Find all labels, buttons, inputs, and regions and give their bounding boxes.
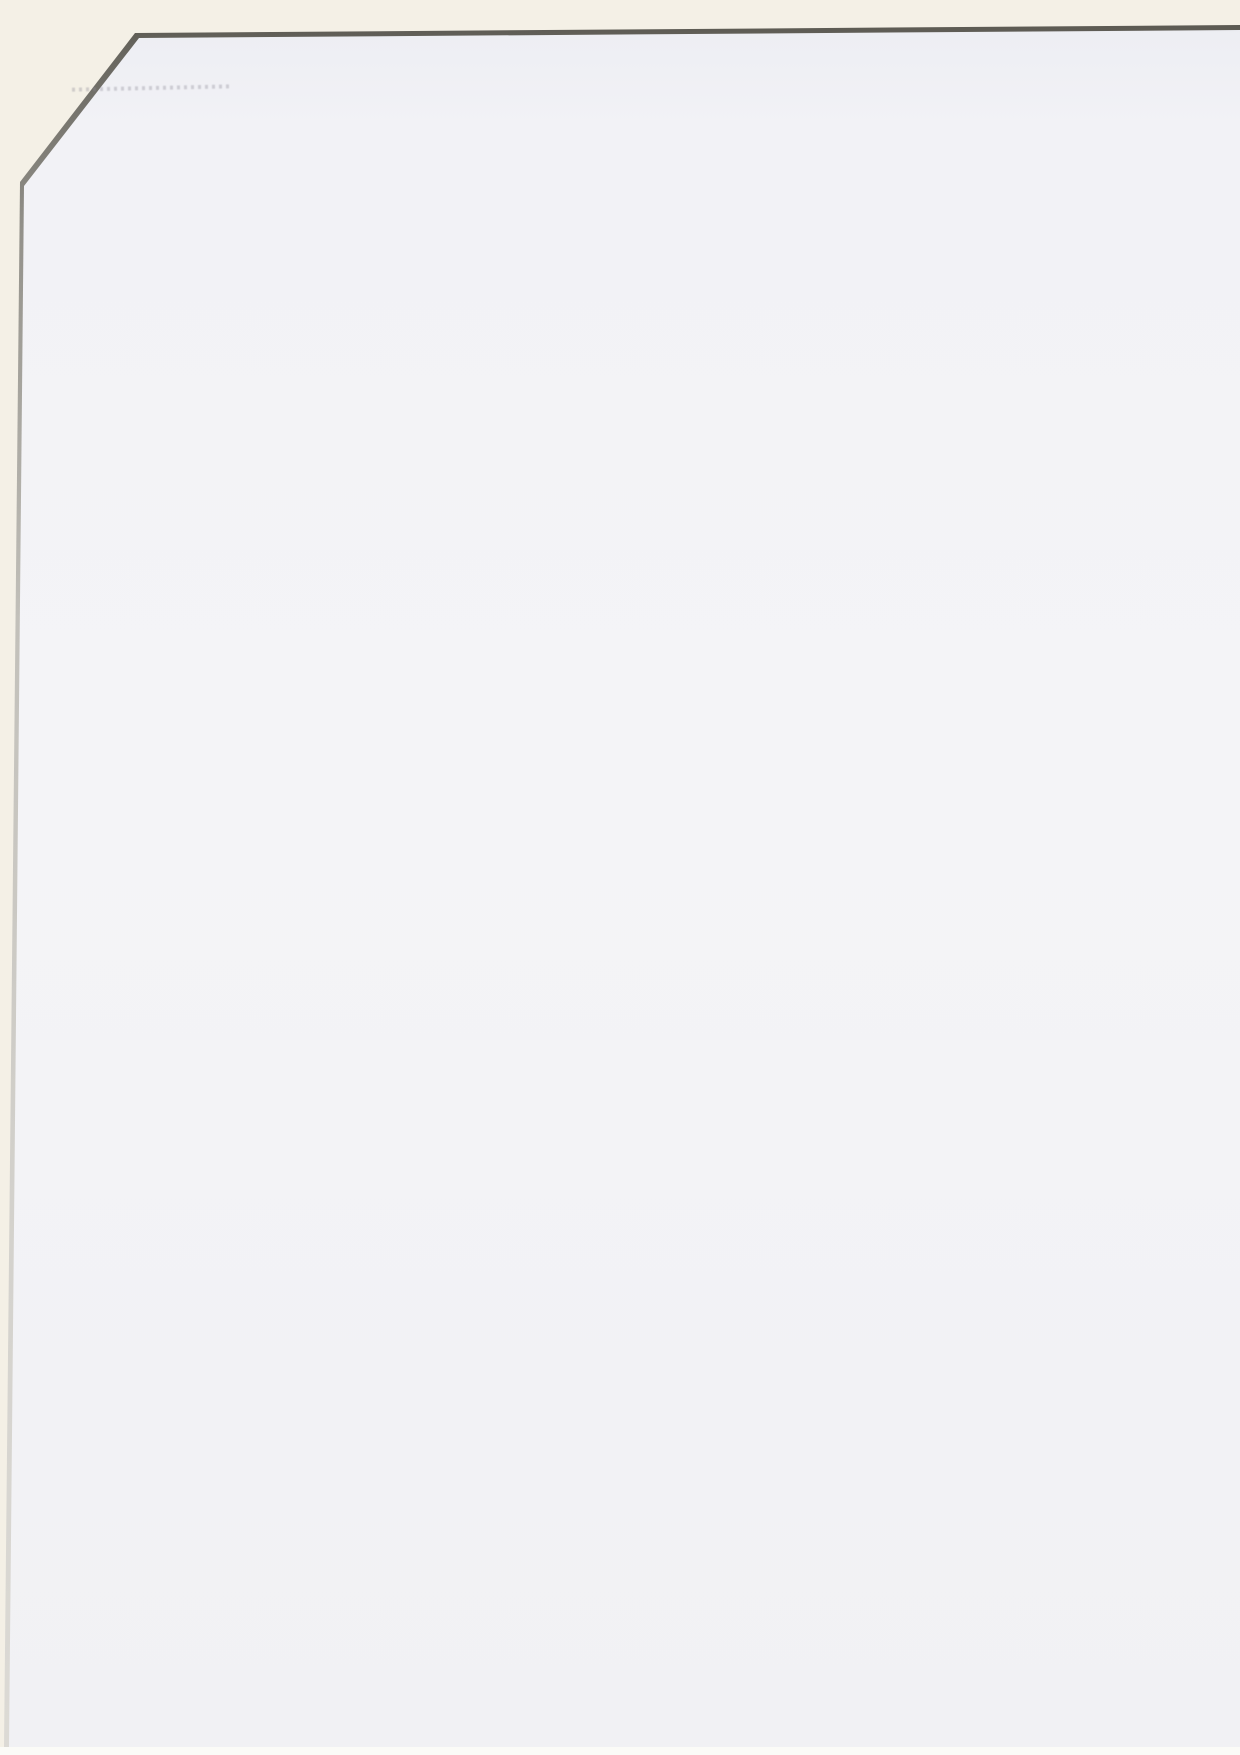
scanned-document-screenshot bbox=[0, 0, 1240, 1755]
page bbox=[0, 0, 1240, 1755]
document-text bbox=[197, 195, 1182, 230]
scanner-background-band bbox=[0, 1747, 1240, 1755]
